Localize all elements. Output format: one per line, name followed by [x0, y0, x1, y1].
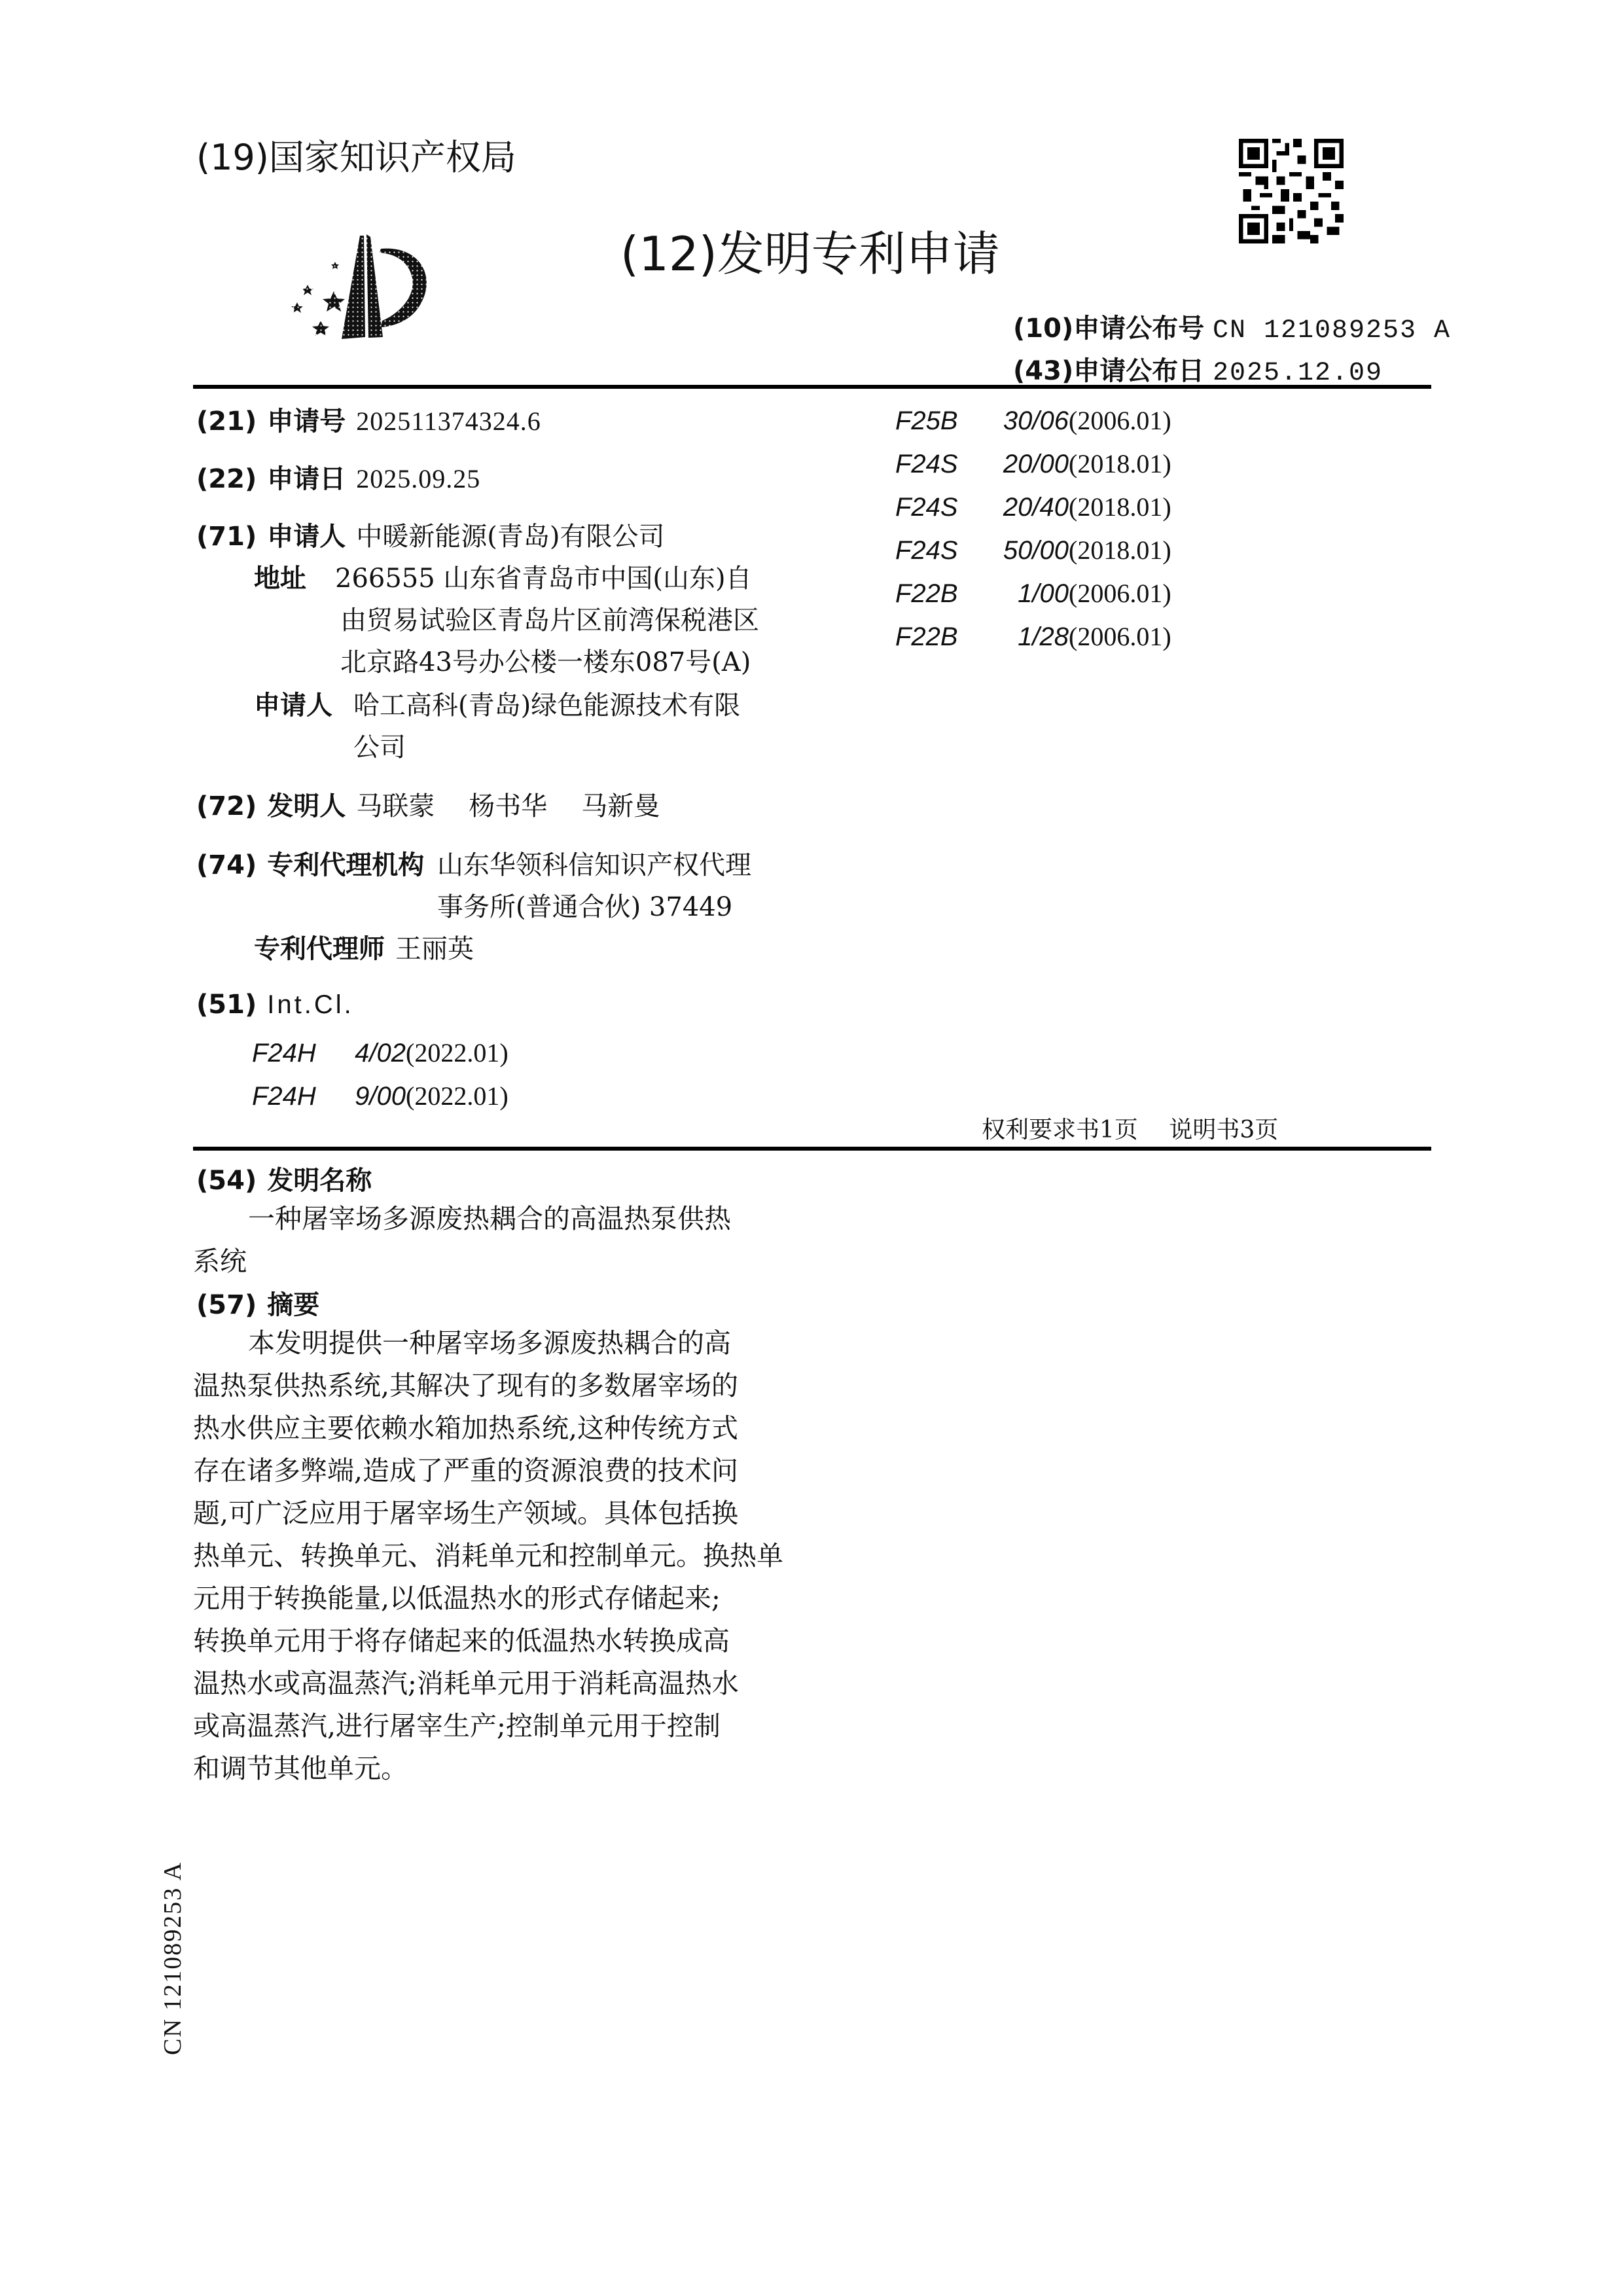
- ipc-entry: F24S20/40(2018.01): [895, 486, 1171, 529]
- office-name: 国家知识产权局: [269, 137, 516, 178]
- inventors-label: 发明人: [267, 785, 346, 823]
- applicant-row: (71) 申请人 中暖新能源(青岛)有限公司: [196, 516, 664, 553]
- doc-type: 发明专利申请: [717, 226, 1000, 281]
- pub-number-label: 申请公布号: [1073, 314, 1204, 344]
- second-applicant-label: 申请人: [254, 691, 332, 721]
- app-no-label: 申请号: [267, 401, 346, 438]
- publication-number: CN 121089253 A: [1213, 316, 1451, 346]
- abstract-line: 热单元、转换单元、消耗单元和控制单元。换热单: [193, 1535, 792, 1577]
- abstract-line: 元用于转换能量,以低温热水的形式存储起来;: [193, 1577, 792, 1620]
- office-header: (19)国家知识产权局: [196, 130, 516, 180]
- cnipa-logo-icon: [268, 223, 432, 353]
- address-label: 地址: [254, 564, 306, 594]
- inventor-name: 杨书华: [469, 785, 547, 823]
- office-code: (19): [196, 137, 269, 178]
- agency-label: 专利代理机构: [267, 844, 424, 882]
- abstract-line: 存在诸多弊端,造成了严重的资源浪费的技术问: [193, 1450, 792, 1492]
- second-applicant-value: 哈工高科(青岛)绿色能源技术有限 公司: [353, 685, 740, 768]
- ipc-entry: F22B1/28(2006.01): [895, 615, 1171, 658]
- top-divider: [193, 385, 1431, 389]
- app-date-label: 申请日: [267, 458, 346, 495]
- title-line: 系统: [193, 1240, 792, 1283]
- inventors-code: (72): [196, 791, 257, 821]
- agency-line: 山东华领科信知识产权代理: [437, 844, 751, 886]
- qr-code-icon[interactable]: [1239, 139, 1344, 243]
- abstract-line: 本发明提供一种屠宰场多源废热耦合的高: [248, 1327, 731, 1359]
- description-page-count: 说明书3页: [1169, 1117, 1278, 1143]
- inventor-name: 马联蒙: [356, 785, 435, 823]
- application-date: 2025.09.25: [356, 463, 480, 494]
- agency-code: (74): [196, 850, 257, 880]
- document-type-title: (12)发明专利申请: [620, 216, 1000, 284]
- abstract-body: 本发明提供一种屠宰场多源废热耦合的高 温热泵供热系统,其解决了现有的多数屠宰场的…: [193, 1322, 792, 1790]
- inventor-name: 马新曼: [581, 785, 660, 823]
- abstract-line: 和调节其他单元。: [193, 1748, 792, 1790]
- title-label: 发明名称: [267, 1160, 372, 1197]
- pub-number-code: (10): [1013, 314, 1073, 344]
- int-cl-label: Int.Cl.: [267, 990, 353, 1020]
- agency-row: (74) 专利代理机构: [196, 844, 424, 882]
- agent-name: 王丽英: [395, 928, 474, 965]
- title-line: 一种屠宰场多源废热耦合的高温热泵供热: [248, 1203, 731, 1234]
- application-number-row: (21) 申请号 202511374324.6: [196, 401, 541, 438]
- ipc-entry: F22B1/00(2006.01): [895, 572, 1171, 615]
- doc-type-code: (12): [620, 226, 717, 281]
- second-applicant-line: 公司: [353, 726, 740, 768]
- int-cl-right-list: F25B30/06(2006.01) F24S20/00(2018.01) F2…: [895, 399, 1171, 658]
- address-line: 北京路43号办公楼一楼东087号(A): [340, 641, 759, 683]
- abstract-line: 温热泵供热系统,其解决了现有的多数屠宰场的: [193, 1365, 792, 1407]
- agent-label: 专利代理师: [254, 928, 385, 965]
- int-cl-row: (51) Int.Cl.: [196, 990, 354, 1020]
- abstract-line: 题,可广泛应用于屠宰场生产领域。具体包括换: [193, 1492, 792, 1535]
- abstract-line: 或高温蒸汽,进行屠宰生产;控制单元用于控制: [193, 1705, 792, 1748]
- int-cl-code: (51): [196, 990, 257, 1020]
- applicant-code: (71): [196, 522, 257, 552]
- invention-title-heading: (54) 发明名称: [196, 1160, 372, 1197]
- publication-number-row: (10)申请公布号 CN 121089253 A: [1013, 308, 1451, 346]
- applicant-name: 中暖新能源(青岛)有限公司: [356, 516, 664, 553]
- application-number: 202511374324.6: [356, 406, 541, 437]
- app-date-code: (22): [196, 464, 257, 494]
- publication-date-row: (43)申请公布日 2025.12.09: [1013, 350, 1383, 388]
- ipc-entry: F24S20/00(2018.01): [895, 442, 1171, 486]
- ipc-entry: F25B30/06(2006.01): [895, 399, 1171, 442]
- second-applicant-line: 哈工高科(青岛)绿色能源技术有限: [353, 685, 740, 726]
- invention-title: 一种屠宰场多源废热耦合的高温热泵供热 系统: [193, 1198, 792, 1283]
- ipc-entry: F24S50/00(2018.01): [895, 529, 1171, 572]
- second-applicant-row: 申请人: [254, 685, 332, 722]
- abstract-line: 热水供应主要依赖水箱加热系统,这种传统方式: [193, 1407, 792, 1450]
- title-code: (54): [196, 1166, 257, 1196]
- pub-date-label: 申请公布日: [1073, 356, 1204, 386]
- agent-row: 专利代理师 王丽英: [254, 928, 474, 965]
- publication-date: 2025.12.09: [1213, 359, 1383, 388]
- inventors-row: (72) 发明人 马联蒙 杨书华 马新曼: [196, 785, 660, 823]
- address-line: 由贸易试验区青岛片区前湾保税港区: [340, 600, 759, 641]
- side-publication-number: CN 121089253 A: [158, 1861, 187, 2055]
- agency-line: 事务所(普通合伙) 37449: [437, 886, 751, 928]
- page-counts: 权利要求书1页 说明书3页: [982, 1111, 1278, 1145]
- abstract-line: 温热水或高温蒸汽;消耗单元用于消耗高温热水: [193, 1662, 792, 1705]
- application-date-row: (22) 申请日 2025.09.25: [196, 458, 480, 495]
- bottom-divider: [193, 1147, 1431, 1151]
- address-line: 266555 山东省青岛市中国(山东)自: [335, 558, 759, 600]
- ipc-entry: F24H4/02(2022.01): [252, 1031, 508, 1075]
- address-block: 地址: [254, 558, 306, 595]
- abstract-line: 转换单元用于将存储起来的低温热水转换成高: [193, 1620, 792, 1662]
- agency-value: 山东华领科信知识产权代理 事务所(普通合伙) 37449: [437, 844, 751, 928]
- abstract-heading: (57) 摘要: [196, 1284, 319, 1321]
- int-cl-left-list: F24H4/02(2022.01) F24H9/00(2022.01): [252, 1031, 508, 1118]
- pub-date-code: (43): [1013, 356, 1073, 386]
- abstract-code: (57): [196, 1290, 257, 1320]
- abstract-label: 摘要: [267, 1284, 319, 1321]
- address-value: 266555 山东省青岛市中国(山东)自 由贸易试验区青岛片区前湾保税港区 北京…: [335, 558, 759, 683]
- claims-page-count: 权利要求书1页: [982, 1117, 1138, 1143]
- applicant-label: 申请人: [267, 516, 346, 553]
- ipc-entry: F24H9/00(2022.01): [252, 1075, 508, 1118]
- app-no-code: (21): [196, 406, 257, 437]
